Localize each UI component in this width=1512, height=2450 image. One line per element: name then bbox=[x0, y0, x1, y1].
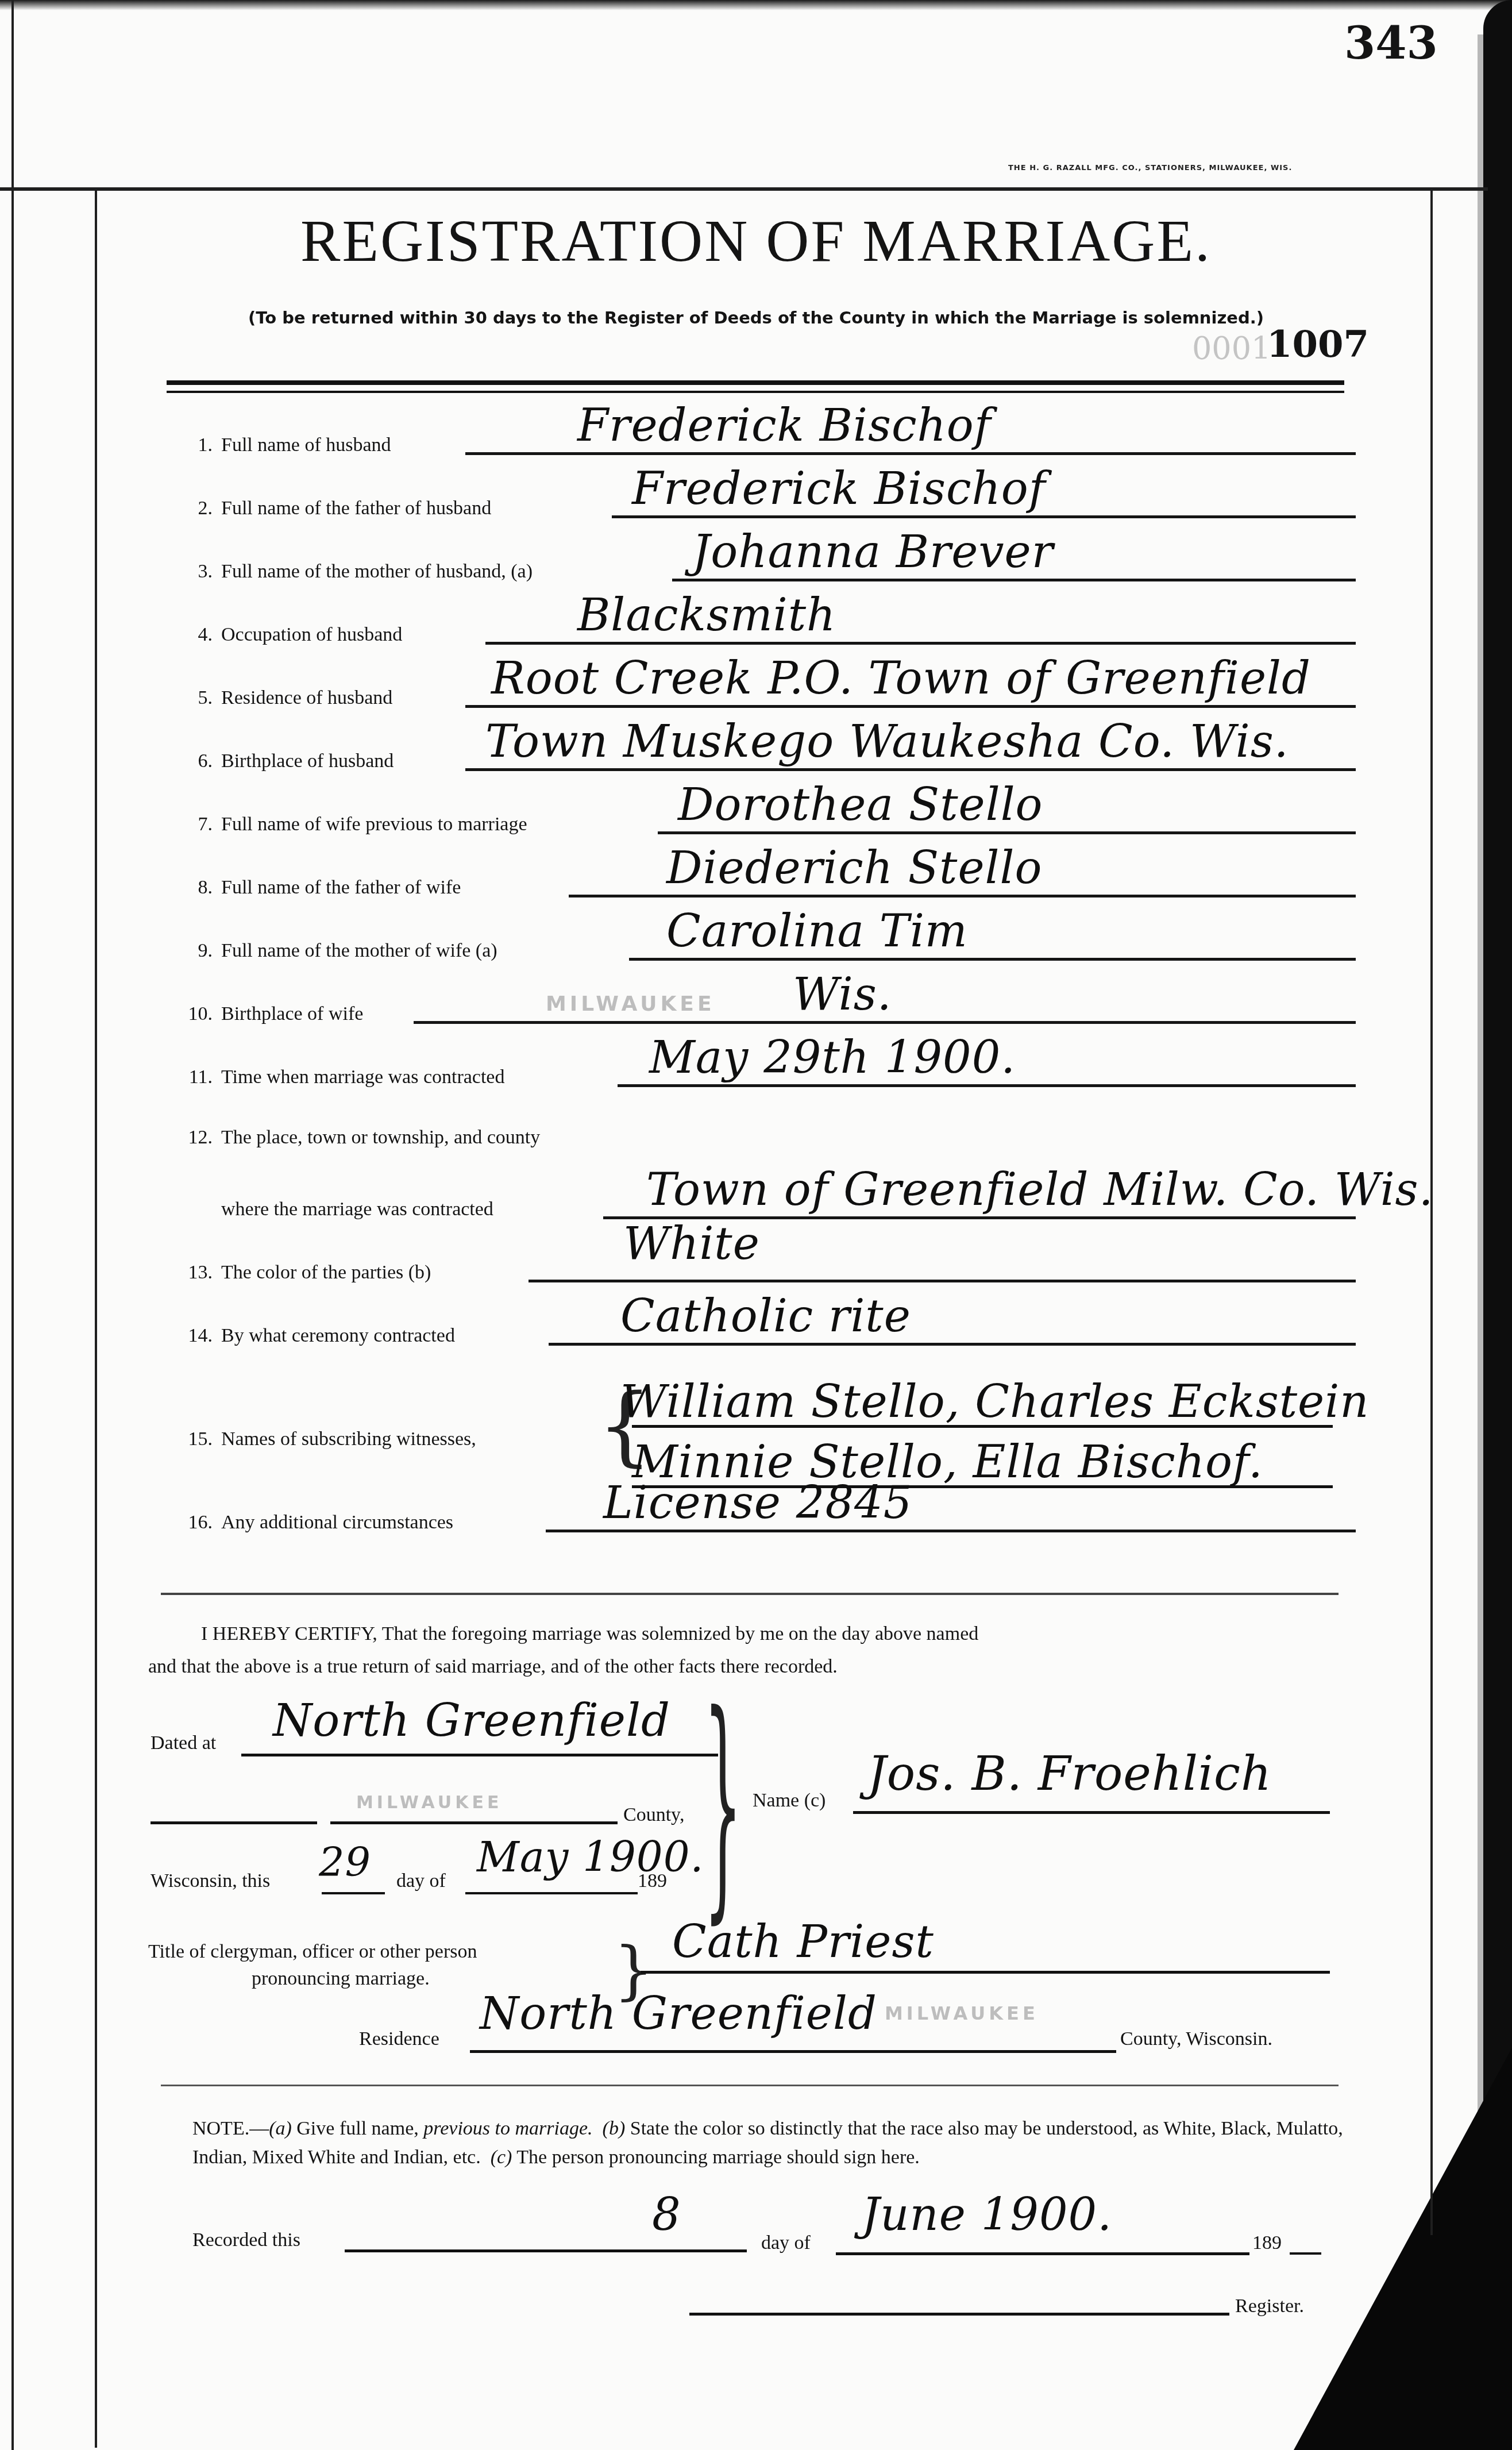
field-label: Birthplace of husband bbox=[221, 750, 394, 772]
register-label: Register. bbox=[1235, 2295, 1304, 2317]
field-number: 7. bbox=[172, 814, 213, 835]
double-rule-top bbox=[167, 380, 1344, 385]
milwaukee-stamp: MILWAUKEE bbox=[546, 992, 715, 1016]
field-marriage-time: 11. Time when marriage was contracted Ma… bbox=[172, 1051, 1367, 1097]
document-number: 1007 bbox=[1267, 323, 1369, 366]
field-number: 10. bbox=[172, 1003, 213, 1025]
field-number: 15. bbox=[172, 1428, 213, 1450]
witness-names-1: William Stello, Charles Eckstein bbox=[620, 1376, 1369, 1428]
field-label: Occupation of husband bbox=[221, 624, 402, 646]
field-label: Names of subscribing witnesses, bbox=[221, 1428, 476, 1450]
field-label: Full name of the mother of husband, (a) bbox=[221, 561, 533, 583]
field-value: Dorothea Stello bbox=[678, 779, 1043, 831]
field-label: The place, town or township, and county bbox=[221, 1127, 540, 1149]
officiant-title-value: Cath Priest bbox=[672, 1916, 934, 1968]
year-prefix: 189 bbox=[638, 1870, 667, 1892]
field-underline bbox=[612, 515, 1356, 518]
certificate-text-1: I HEREBY CERTIFY, That the foregoing mar… bbox=[201, 1623, 978, 1645]
field-number: 14. bbox=[172, 1325, 213, 1347]
field-value: Wis. bbox=[793, 969, 892, 1020]
field-value: Town Muskego Waukesha Co. Wis. bbox=[485, 716, 1289, 768]
field-number: 2. bbox=[172, 498, 213, 519]
field-label: Full name of the father of wife bbox=[221, 877, 461, 899]
field-underline bbox=[672, 579, 1356, 581]
field-label-line2: where the marriage was contracted bbox=[221, 1199, 493, 1220]
section-divider bbox=[161, 1593, 1339, 1595]
field-number: 16. bbox=[172, 1512, 213, 1534]
field-label: Time when marriage was contracted bbox=[221, 1066, 504, 1088]
field-value: Town of Greenfield Milw. Co. Wis. bbox=[646, 1164, 1433, 1216]
field-number: 8. bbox=[172, 877, 213, 899]
field-underline bbox=[546, 1530, 1356, 1532]
day-of-label: day of bbox=[396, 1870, 446, 1892]
field-value: Blacksmith bbox=[577, 590, 836, 641]
field-value: Diederich Stello bbox=[666, 842, 1042, 894]
title-label-line1: Title of clergyman, officer or other per… bbox=[148, 1941, 477, 1963]
dated-at-label: Dated at bbox=[151, 1732, 216, 1754]
residence-line bbox=[470, 2050, 1116, 2053]
page-number: 343 bbox=[1344, 17, 1438, 70]
field-underline bbox=[629, 958, 1356, 961]
note-lead: NOTE.— bbox=[192, 2118, 269, 2139]
footnote: NOTE.—(a) Give full name, previous to ma… bbox=[192, 2114, 1370, 2172]
binding-edge bbox=[1478, 34, 1483, 2275]
field-label: By what ceremony contracted bbox=[221, 1325, 455, 1347]
title-label-line2: pronouncing marriage. bbox=[252, 1968, 430, 1990]
field-underline bbox=[658, 831, 1356, 834]
residence-suffix: County, Wisconsin. bbox=[1120, 2028, 1272, 2050]
field-underline bbox=[569, 895, 1356, 897]
header-rule bbox=[0, 187, 1488, 191]
recorded-day-line bbox=[345, 2249, 747, 2252]
note-marker-c: (c) bbox=[491, 2147, 512, 2168]
field-label: Full name of the mother of wife (a) bbox=[221, 940, 497, 962]
field-wife-birthplace: 10. Birthplace of wife MILWAUKEE Wis. bbox=[172, 988, 1367, 1034]
field-husband-birthplace: 6. Birthplace of husband Town Muskego Wa… bbox=[172, 735, 1367, 781]
field-husband-father: 2. Full name of the father of husband Fr… bbox=[172, 483, 1367, 529]
field-label: Residence of husband bbox=[221, 687, 392, 709]
note-marker-a: (a) bbox=[269, 2118, 292, 2139]
field-value: Frederick Bischof bbox=[577, 400, 992, 452]
recorded-month-line bbox=[836, 2252, 1249, 2255]
field-color-of-parties: 13. The color of the parties (b) White bbox=[172, 1247, 1367, 1293]
field-value: License 2845 bbox=[603, 1477, 912, 1529]
double-rule-bottom bbox=[167, 391, 1344, 393]
day-line bbox=[322, 1892, 385, 1894]
register-signature-line bbox=[689, 2313, 1229, 2316]
field-husband-mother: 3. Full name of the mother of husband, (… bbox=[172, 546, 1367, 592]
field-underline bbox=[618, 1084, 1356, 1087]
field-value: Catholic rite bbox=[620, 1291, 911, 1342]
field-number: 11. bbox=[172, 1066, 213, 1088]
recorded-day-of-label: day of bbox=[761, 2232, 811, 2254]
dated-at-line bbox=[241, 1754, 718, 1756]
recorded-day-value: 8 bbox=[652, 2189, 681, 2241]
field-number: 3. bbox=[172, 561, 213, 583]
note-a-italic: previous to marriage. bbox=[423, 2118, 592, 2139]
field-label: Birthplace of wife bbox=[221, 1003, 363, 1025]
field-number: 4. bbox=[172, 624, 213, 646]
left-page-edge bbox=[11, 0, 14, 2450]
field-husband-residence: 5. Residence of husband Root Creek P.O. … bbox=[172, 672, 1367, 718]
county-label: County, bbox=[623, 1804, 684, 1826]
field-marriage-place: where the marriage was contracted Town o… bbox=[172, 1184, 1367, 1230]
printer-imprint: THE H. G. RAZALL MFG. CO., STATIONERS, M… bbox=[1008, 164, 1292, 172]
title-line bbox=[641, 1971, 1330, 1974]
milwaukee-stamp: MILWAUKEE bbox=[885, 2002, 1039, 2024]
note-divider bbox=[161, 2085, 1339, 2086]
field-marriage-place-label: 12. The place, town or township, and cou… bbox=[172, 1123, 1367, 1158]
field-label: Full name of the father of husband bbox=[221, 498, 491, 519]
wisconsin-this-label: Wisconsin, this bbox=[151, 1870, 270, 1892]
left-margin-rule bbox=[95, 190, 97, 2448]
field-number: 1. bbox=[172, 434, 213, 456]
marriage-registration-page: 343 THE H. G. RAZALL MFG. CO., STATIONER… bbox=[0, 0, 1512, 2450]
field-value: Carolina Tim bbox=[666, 906, 968, 957]
recorded-month-value: June 1900. bbox=[862, 2189, 1112, 2241]
day-value: 29 bbox=[319, 1839, 371, 1886]
field-value: Johanna Brever bbox=[692, 526, 1054, 578]
field-ceremony: 14. By what ceremony contracted Catholic… bbox=[172, 1310, 1367, 1356]
document-title: REGISTRATION OF MARRIAGE. bbox=[0, 207, 1512, 275]
document-number-prefix: 0001 bbox=[1192, 330, 1271, 367]
field-underline bbox=[529, 1280, 1356, 1282]
month-value: May 1900. bbox=[477, 1833, 704, 1881]
field-number: 13. bbox=[172, 1262, 213, 1284]
field-value: Root Creek P.O. Town of Greenfield bbox=[491, 653, 1311, 704]
field-label: Full name of wife previous to marriage bbox=[221, 814, 527, 835]
field-underline bbox=[465, 768, 1356, 771]
certificate-brace: } bbox=[704, 1684, 742, 1925]
county-line-a bbox=[151, 1821, 317, 1824]
field-number: 6. bbox=[172, 750, 213, 772]
note-a-text: Give full name, bbox=[296, 2118, 418, 2139]
note-marker-b: (b) bbox=[603, 2118, 626, 2139]
field-wife-father: 8. Full name of the father of wife Diede… bbox=[172, 862, 1367, 908]
field-value: Frederick Bischof bbox=[632, 463, 1046, 515]
scan-corner-shadow bbox=[1294, 2048, 1512, 2450]
field-wife-mother: 9. Full name of the mother of wife (a) C… bbox=[172, 925, 1367, 971]
officiant-name-value: Jos. B. Froehlich bbox=[867, 1747, 1272, 1801]
county-line-b bbox=[330, 1821, 618, 1824]
field-husband-occupation: 4. Occupation of husband Blacksmith bbox=[172, 609, 1367, 655]
field-label: The color of the parties (b) bbox=[221, 1262, 431, 1284]
residence-label: Residence bbox=[359, 2028, 439, 2050]
field-husband-name: 1. Full name of husband Frederick Bischo… bbox=[172, 419, 1367, 465]
note-c-text: The person pronouncing marriage should s… bbox=[516, 2147, 920, 2168]
recorded-label: Recorded this bbox=[192, 2229, 300, 2251]
field-label: Any additional circumstances bbox=[221, 1512, 453, 1534]
field-underline bbox=[549, 1343, 1356, 1346]
field-underline bbox=[465, 705, 1356, 708]
field-additional-circumstances: 16. Any additional circumstances License… bbox=[172, 1497, 1367, 1543]
field-number: 12. bbox=[172, 1127, 213, 1149]
field-wife-name: 7. Full name of wife previous to marriag… bbox=[172, 799, 1367, 845]
residence-value: North Greenfield bbox=[480, 1988, 877, 2040]
field-number: 9. bbox=[172, 940, 213, 962]
field-number: 5. bbox=[172, 687, 213, 709]
page-top-shadow bbox=[0, 0, 1512, 10]
field-label: Full name of husband bbox=[221, 434, 391, 456]
officiant-name-label: Name (c) bbox=[753, 1790, 826, 1812]
recorded-year-line bbox=[1290, 2252, 1321, 2255]
field-underline bbox=[485, 642, 1356, 645]
field-value: May 29th 1900. bbox=[649, 1032, 1016, 1084]
field-underline bbox=[414, 1021, 1356, 1024]
recorded-year-prefix: 189 bbox=[1252, 2232, 1282, 2254]
dated-at-value: North Greenfield bbox=[273, 1695, 670, 1747]
month-line bbox=[465, 1892, 638, 1894]
field-value: White bbox=[623, 1218, 760, 1270]
officiant-name-line bbox=[853, 1811, 1330, 1814]
milwaukee-stamp: MILWAUKEE bbox=[356, 1793, 502, 1813]
field-underline bbox=[465, 452, 1356, 455]
